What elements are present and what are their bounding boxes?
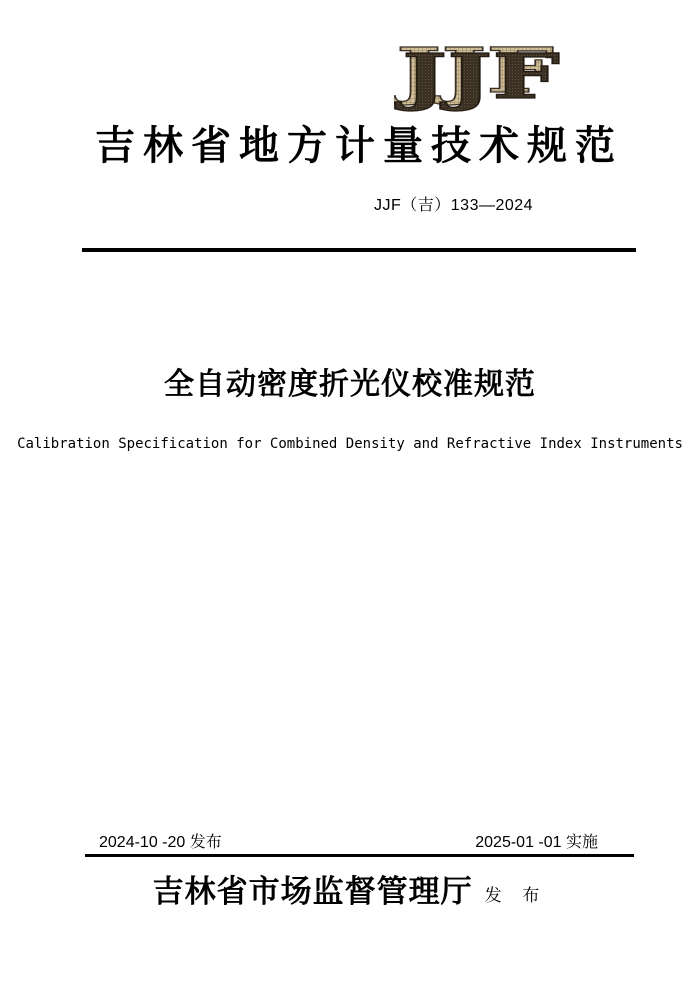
publish-label: 发 布 <box>485 881 548 906</box>
jjf-logo: JJF JJF <box>394 42 562 114</box>
main-title-english: Calibration Specification for Combined D… <box>0 435 700 453</box>
document-cover-page: JJF JJF 吉林省地方计量技术规范 JJF（吉）133—2024 全自动密度… <box>0 0 700 990</box>
implementation-date: 2025-01 -01 实施 <box>475 829 598 852</box>
top-divider-rule <box>82 248 636 252</box>
jjf-logo-main-text: JJF <box>394 42 560 113</box>
issue-date: 2024-10 -20 发布 <box>99 829 222 852</box>
dates-row: 2024-10 -20 发布 2025-01 -01 实施 <box>85 829 634 852</box>
publisher-row: 吉林省市场监督管理厅 发 布 <box>0 874 700 910</box>
publisher-name: 吉林省市场监督管理厅 <box>153 874 473 910</box>
document-number: JJF（吉）133—2024 <box>374 192 533 215</box>
main-title-chinese: 全自动密度折光仪校准规范 <box>0 367 700 403</box>
series-title: 吉林省地方计量技术规范 <box>0 124 700 168</box>
bottom-divider-rule <box>85 854 634 857</box>
jjf-logo-graphic: JJF JJF <box>394 42 562 114</box>
